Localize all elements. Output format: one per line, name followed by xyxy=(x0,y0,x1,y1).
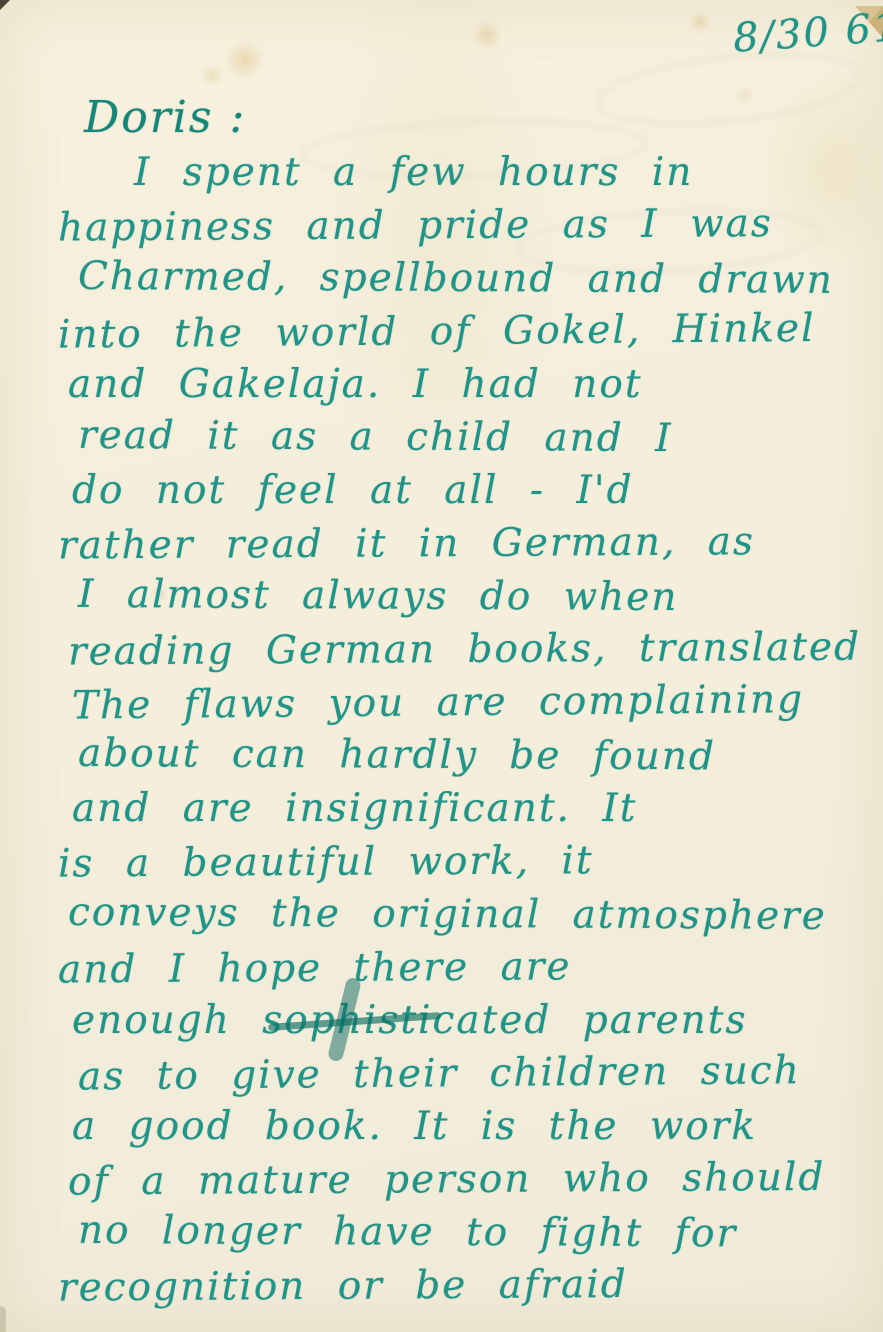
letter-line-19: a good book. It is the work xyxy=(72,1100,872,1153)
letter-line-17-corrected: enough sophisticated parents xyxy=(72,994,872,1047)
letter-line-1: I spent a few hours in xyxy=(72,146,872,199)
letter-line-14: is a beautiful work, it xyxy=(58,833,872,891)
letter-line-6: read it as a child and I xyxy=(78,409,872,466)
letter-salutation: Doris : xyxy=(84,92,246,143)
letter-line-5: and Gakelaja. I had not xyxy=(68,358,872,411)
letter-line-12: about can hardly be found xyxy=(78,727,872,784)
scan-corner-mark xyxy=(0,0,10,10)
letter-line-2: happiness and pride as I was xyxy=(58,197,872,255)
letter-date: 8/30 61 xyxy=(732,4,883,62)
letter-line-13: and are insignificant. It xyxy=(72,782,872,835)
showthrough-mark xyxy=(592,41,866,137)
letter-line-21: no longer have to fight for xyxy=(78,1204,872,1261)
letter-line-11: The flaws you are complaining xyxy=(72,673,872,733)
letter-page: 8/30 61 Doris : I spent a few hours in h… xyxy=(0,0,883,1332)
letter-line-3: Charmed, spellbound and drawn xyxy=(78,250,872,307)
scan-edge-mark xyxy=(0,1306,6,1332)
letter-line-20: of a mature person who should xyxy=(68,1151,872,1209)
letter-body: I spent a few hours in happiness and pri… xyxy=(72,146,872,1312)
letter-line-7: do not feel at all - I'd xyxy=(72,464,872,517)
letter-line-8: rather read it in German, as xyxy=(58,515,872,573)
letter-line-9: I almost always do when xyxy=(78,568,872,625)
letter-line-15: conveys the original atmosphere xyxy=(68,886,872,943)
letter-line-4: into the world of Gokel, Hinkel xyxy=(58,301,872,361)
letter-line-10: reading German books, translated xyxy=(68,621,872,679)
letter-line-16: and I hope there are xyxy=(58,939,872,997)
letter-line-22: recognition or be afraid xyxy=(58,1257,872,1315)
corrected-line-before: enough xyxy=(72,998,231,1043)
corrected-line-after: parents xyxy=(583,998,748,1043)
corrected-word: sophisticated xyxy=(262,994,551,1047)
letter-line-18: as to give their children such xyxy=(78,1044,872,1104)
